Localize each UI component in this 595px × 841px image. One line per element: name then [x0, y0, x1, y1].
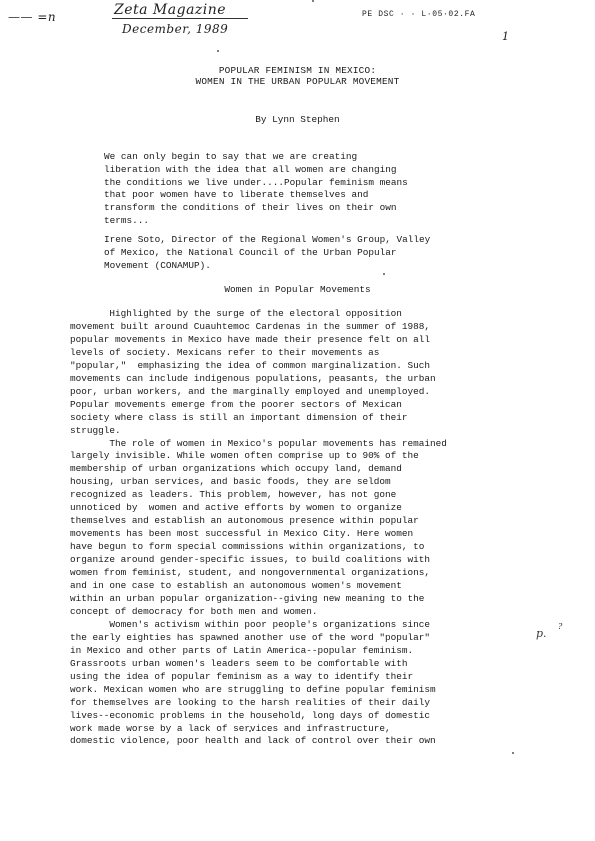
body-text: Highlighted by the surge of the electora… — [70, 308, 570, 748]
body-line: for themselves are looking to the harsh … — [70, 697, 570, 710]
quote-line: liberation with the idea that all women … — [104, 164, 534, 177]
handwritten-margin-mark: —— =n — [8, 10, 56, 24]
body-line: work. Mexican women who are struggling t… — [70, 684, 570, 697]
handwritten-date: December, 1989 — [122, 22, 228, 36]
scan-speck — [217, 50, 219, 52]
page-number: 1 — [502, 30, 509, 43]
document-title: POPULAR FEMINISM IN MEXICO: WOMEN IN THE… — [0, 65, 595, 87]
body-line: recognized as leaders. This problem, how… — [70, 489, 570, 502]
body-line: Popular movements emerge from the poorer… — [70, 399, 570, 412]
body-line: poor, urban workers, and the marginally … — [70, 386, 570, 399]
body-line: using the idea of popular feminism as a … — [70, 671, 570, 684]
scan-speck — [383, 273, 385, 275]
quote-line: transform the conditions of their lives … — [104, 202, 534, 215]
body-line: society where class is still an importan… — [70, 412, 570, 425]
body-line: Women's activism within poor people's or… — [70, 619, 570, 632]
attribution-line: of Mexico, the National Council of the U… — [104, 247, 534, 260]
body-line: levels of society. Mexicans refer to the… — [70, 347, 570, 360]
body-line: work made worse by a lack of services an… — [70, 723, 570, 736]
body-line: movements has been most successful in Me… — [70, 528, 570, 541]
reference-stamp: PE DSC · · L·05·02.FA — [362, 10, 475, 19]
body-line: housing, urban services, and basic foods… — [70, 476, 570, 489]
body-line: in Mexico and other parts of Latin Ameri… — [70, 645, 570, 658]
body-line: struggle. — [70, 425, 570, 438]
margin-annotation-question: ? — [558, 622, 562, 631]
body-line: The role of women in Mexico's popular mo… — [70, 438, 570, 451]
epigraph-attribution: Irene Soto, Director of the Regional Wom… — [104, 234, 534, 272]
attribution-line: Irene Soto, Director of the Regional Wom… — [104, 234, 534, 247]
scan-speck — [249, 730, 251, 732]
byline: By Lynn Stephen — [0, 114, 595, 125]
body-line: "popular," emphasizing the idea of commo… — [70, 360, 570, 373]
body-line: themselves and establish an autonomous p… — [70, 515, 570, 528]
document-page: —— =n Zeta Magazine December, 1989 PE DS… — [0, 0, 595, 841]
body-line: unnoticed by women and active efforts by… — [70, 502, 570, 515]
body-line: movements can include indigenous populat… — [70, 373, 570, 386]
scan-speck — [312, 0, 314, 2]
quote-line: that poor women have to liberate themsel… — [104, 189, 534, 202]
body-line: women from feminist, student, and nongov… — [70, 567, 570, 580]
handwritten-publication: Zeta Magazine — [112, 2, 248, 19]
body-line: popular movements in Mexico have made th… — [70, 334, 570, 347]
epigraph-quote: We can only begin to say that we are cre… — [104, 151, 534, 228]
scan-speck — [512, 752, 514, 754]
attribution-line: Movement (CONAMUP). — [104, 260, 534, 273]
body-line: organize around gender-specific issues, … — [70, 554, 570, 567]
quote-line: We can only begin to say that we are cre… — [104, 151, 534, 164]
section-heading: Women in Popular Movements — [0, 284, 595, 295]
body-line: and in one case to establish an autonomo… — [70, 580, 570, 593]
margin-annotation: p. — [536, 627, 547, 640]
body-line: lives--economic problems in the househol… — [70, 710, 570, 723]
body-line: domestic violence, poor health and lack … — [70, 735, 570, 748]
body-line: concept of democracy for both men and wo… — [70, 606, 570, 619]
body-line: largely invisible. While women often com… — [70, 450, 570, 463]
body-line: within an urban popular organization--gi… — [70, 593, 570, 606]
body-line: Highlighted by the surge of the electora… — [70, 308, 570, 321]
body-line: the early eighties has spawned another u… — [70, 632, 570, 645]
title-line-1: POPULAR FEMINISM IN MEXICO: — [0, 65, 595, 76]
body-line: membership of urban organizations which … — [70, 463, 570, 476]
title-line-2: WOMEN IN THE URBAN POPULAR MOVEMENT — [0, 76, 595, 87]
quote-line: the conditions we live under....Popular … — [104, 177, 534, 190]
quote-line: terms... — [104, 215, 534, 228]
body-line: have begun to form special commissions w… — [70, 541, 570, 554]
body-line: movement built around Cuauhtemoc Cardena… — [70, 321, 570, 334]
body-line: Grassroots urban women's leaders seem to… — [70, 658, 570, 671]
